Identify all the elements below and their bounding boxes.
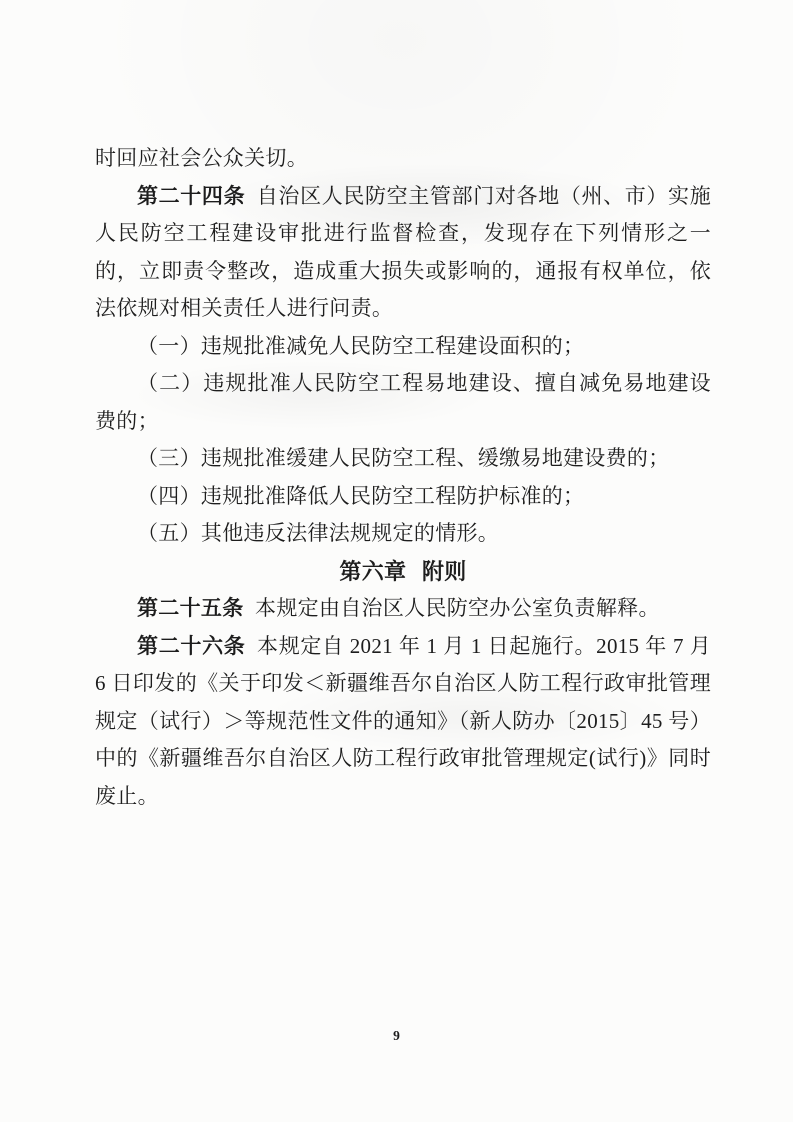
chapter-heading: 第六章 附则 [95, 553, 711, 591]
article-26-text: 本规定自 2021 年 1 月 1 日起施行。2015 年 7 月 6 日印发的… [95, 634, 711, 808]
document-content: 时回应社会公众关切。 第二十四条自治区人民防空主管部门对各地（州、市）实施人民防… [95, 140, 711, 815]
article-26-paragraph: 第二十六条本规定自 2021 年 1 月 1 日起施行。2015 年 7 月 6… [95, 628, 711, 816]
article-25-text: 本规定由自治区人民防空办公室负责解释。 [255, 596, 660, 620]
violation-item-2: （二）违规批准人民防空工程易地建设、擅自减免易地建设费的； [95, 365, 711, 440]
violation-item-1: （一）违规批准减免人民防空工程建设面积的； [95, 328, 711, 366]
violation-item-5: （五）其他违反法律法规规定的情形。 [95, 515, 711, 553]
continuation-paragraph: 时回应社会公众关切。 [95, 140, 711, 178]
article-24-paragraph: 第二十四条自治区人民防空主管部门对各地（州、市）实施人民防空工程建设审批进行监督… [95, 178, 711, 328]
article-25-label: 第二十五条 [137, 596, 244, 620]
article-24-label: 第二十四条 [137, 184, 245, 208]
violation-item-4: （四）违规批准降低人民防空工程防护标准的； [95, 478, 711, 516]
article-26-label: 第二十六条 [137, 634, 245, 658]
page-number: 9 [0, 1028, 793, 1044]
document-page: 时回应社会公众关切。 第二十四条自治区人民防空主管部门对各地（州、市）实施人民防… [0, 0, 793, 1122]
article-25-paragraph: 第二十五条本规定由自治区人民防空办公室负责解释。 [95, 590, 711, 628]
violation-item-3: （三）违规批准缓建人民防空工程、缓缴易地建设费的； [95, 440, 711, 478]
